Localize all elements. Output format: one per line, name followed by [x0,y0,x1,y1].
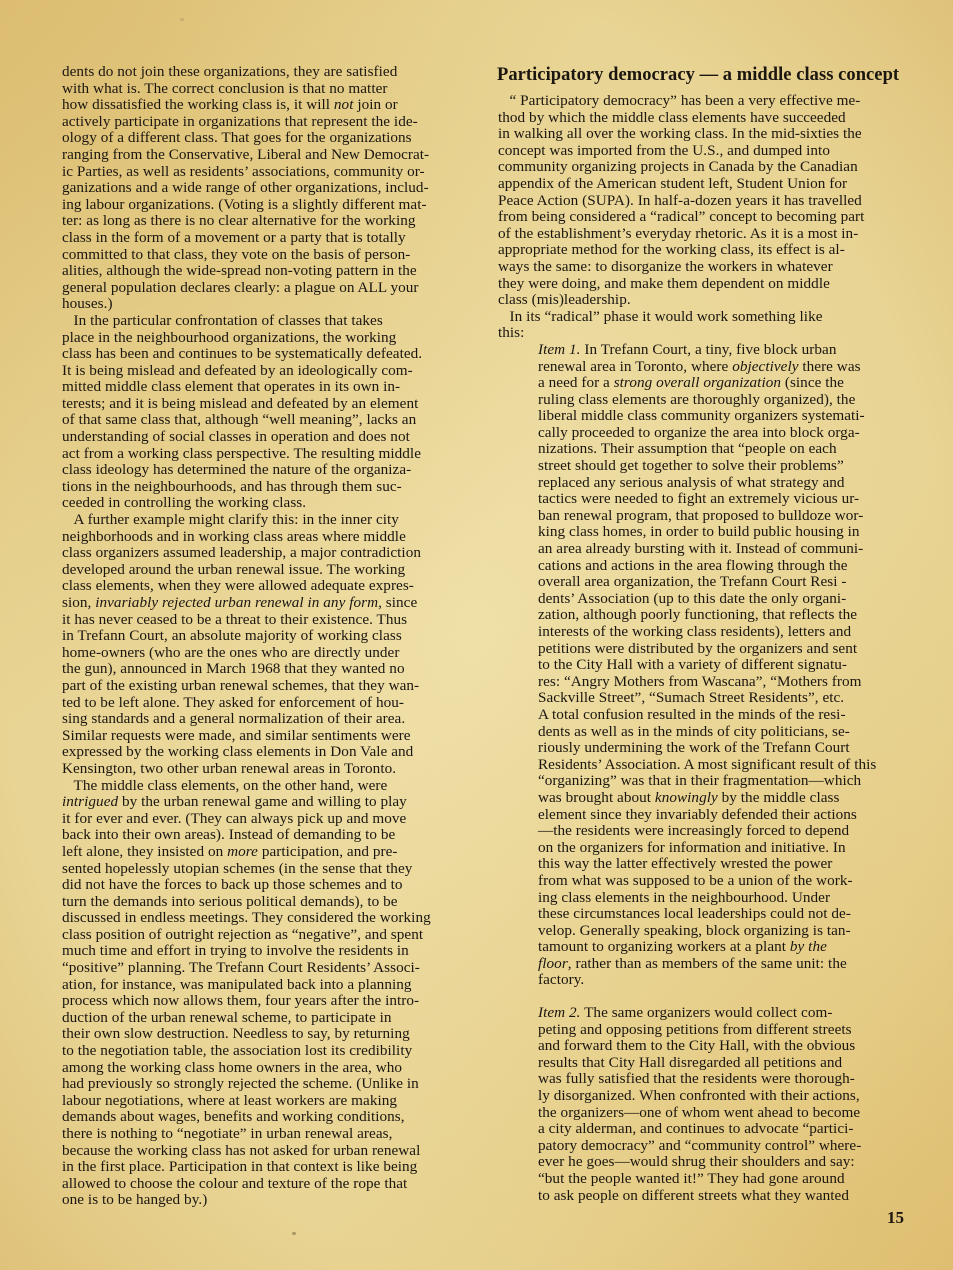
text-line: actively participate in organizations th… [62,114,472,131]
text-line: labour negotiations, where at least work… [62,1093,472,1110]
text-line: In its “radical” phase it would work som… [498,309,928,326]
text-line: dents do not join these organizations, t… [62,64,472,81]
text-line: factory. [538,972,928,989]
text-line: an area already bursting with it. Instea… [538,541,928,558]
text-line: had previously so strongly rejected the … [62,1076,472,1093]
text-line: there is nothing to “negotiate” in urban… [62,1126,472,1143]
text-line: Item 2. The same organizers would collec… [538,1005,928,1022]
paper-speck [180,18,184,21]
text-line: ology of a different class. That goes fo… [62,130,472,147]
text-line: class in the form of a movement or a par… [62,230,472,247]
left-column: dents do not join these organizations, t… [62,64,472,1209]
text-line: Residents’ Association. A most significa… [538,757,928,774]
text-line: ranging from the Conservative, Liberal a… [62,147,472,164]
text-line: it for ever and ever. (They can always p… [62,811,472,828]
text-line: Sackville Street”, “Sumach Street Reside… [538,690,928,707]
text-line: dents’ Association (up to this date the … [538,591,928,608]
text-line: element since they invariably defended t… [538,807,928,824]
text-line: ing class elements in the neighbourhood.… [538,890,928,907]
text-line: king class homes, in order to build publ… [538,524,928,541]
text-line: riously undermining the work of the Tref… [538,740,928,757]
text-line: ganizations and a wide range of other or… [62,180,472,197]
text-line: ter: as long as there is no clear altern… [62,213,472,230]
text-line: patory democracy” and “community control… [538,1138,928,1155]
text-line: “ Participatory democracy” has been a ve… [498,93,928,110]
text-line: mitted middle class element that operate… [62,379,472,396]
text-line: developed around the urban renewal issue… [62,562,472,579]
text-line: Kensington, two other urban renewal area… [62,761,472,778]
text-line: from what was supposed to be a union of … [538,873,928,890]
text-line: street should get together to solve thei… [538,458,928,475]
text-line: thod by which the middle class elements … [498,110,928,127]
text-line: terests; and it is being mislead and def… [62,396,472,413]
text-line: was brought about knowingly by the middl… [538,790,928,807]
text-line: class position of outright rejection as … [62,927,472,944]
text-line: A total confusion resulted in the minds … [538,707,928,724]
text-line: duction of the urban renewal scheme, to … [62,1010,472,1027]
text-line: to ask people on different streets what … [538,1188,928,1205]
text-line: in Trefann Court, an absolute majority o… [62,628,472,645]
text-line: zation, although poorly functioning, tha… [538,607,928,624]
text-line: how dissatisfied the working class is, i… [62,97,472,114]
right-column: Participatory democracy — a middle class… [498,64,928,1204]
text-line: velop. Generally speaking, block organiz… [538,923,928,940]
text-line: they were doing, and make them dependent… [498,276,928,293]
text-line: on the organizers for information and in… [538,840,928,857]
text-line: ly disorganized. When confronted with th… [538,1088,928,1105]
text-line: Similar requests were made, and similar … [62,728,472,745]
text-line: interests of the working class residents… [538,624,928,641]
text-line: much time and effort in trying to involv… [62,943,472,960]
text-line: place in the neighbourhood organizations… [62,330,472,347]
page-number: 15 [887,1208,904,1228]
text-line: sing standards and a general normalizati… [62,711,472,728]
text-line: tions in the neighbourhoods, and has thr… [62,479,472,496]
text-line: The middle class elements, on the other … [62,778,472,795]
text-line: with what is. The correct conclusion is … [62,81,472,98]
text-line: left alone, they insisted on more partic… [62,844,472,861]
text-line: ban renewal program, that proposed to bu… [538,508,928,525]
text-line: “organizing” was that in their fragmenta… [538,773,928,790]
text-line: demands about wages, benefits and workin… [62,1109,472,1126]
text-line: a city alderman, and continues to advoca… [538,1121,928,1138]
text-line: ruling class elements are thoroughly org… [538,392,928,409]
text-line: ing labour organizations. (Voting is a s… [62,197,472,214]
text-line: It is being mislead and defeated by an i… [62,363,472,380]
text-line: A further example might clarify this: in… [62,512,472,529]
text-line: a need for a strong overall organization… [538,375,928,392]
item-2-paragraph: Item 2. The same organizers would collec… [498,1005,928,1204]
text-line: home-owners (who are the ones who are di… [62,645,472,662]
text-line: neighborhoods and in working class areas… [62,529,472,546]
text-line: replaced any serious analysis of what st… [538,475,928,492]
text-line: concept was imported from the U.S., and … [498,143,928,160]
text-line: one is to be hanged by.) [62,1192,472,1209]
text-line: dents as well as in the minds of city po… [538,724,928,741]
text-line: to the negotiation table, the associatio… [62,1043,472,1060]
text-line: in the first place. Participation in tha… [62,1159,472,1176]
text-line: —the residents were increasingly forced … [538,823,928,840]
text-line: of the establishment’s everyday rhetoric… [498,226,928,243]
text-line: ever he goes—would shrug their shoulders… [538,1154,928,1171]
text-line: the gun), announced in March 1968 that t… [62,661,472,678]
intro-paragraphs: “ Participatory democracy” has been a ve… [498,93,928,342]
text-line: their own slow destruction. Needless to … [62,1026,472,1043]
text-line: “but the people wanted it!” They had gon… [538,1171,928,1188]
text-line: tactics were needed to fight an extremel… [538,491,928,508]
text-line: was fully satisfied that the residents w… [538,1071,928,1088]
text-line: these circumstances local leaderships co… [538,906,928,923]
text-line: appropriate method for the working class… [498,242,928,259]
text-line: in walking all over the working class. I… [498,126,928,143]
paper-speck [292,1232,296,1235]
text-line: sented hopelessly utopian schemes (in th… [62,861,472,878]
text-line: allowed to choose the colour and texture… [62,1176,472,1193]
text-line: peting and opposing petitions from diffe… [538,1022,928,1039]
text-line: discussed in endless meetings. They cons… [62,910,472,927]
text-line: floor, rather than as members of the sam… [538,956,928,973]
text-line: sion, invariably rejected urban renewal … [62,595,472,612]
text-line: petitions were distributed by the organi… [538,641,928,658]
text-line: renewal area in Toronto, where objective… [538,359,928,376]
text-line: this way the latter effectively wrested … [538,856,928,873]
text-line: class ideology has determined the nature… [62,462,472,479]
text-line: cally proceeded to organize the area int… [538,425,928,442]
text-line: process which now allows them, four year… [62,993,472,1010]
text-line: of that same class that, although “well … [62,412,472,429]
text-line: the organizers—one of whom went ahead to… [538,1105,928,1122]
text-line: In the particular confrontation of class… [62,313,472,330]
text-line: class (mis)leadership. [498,292,928,309]
text-line: tamount to organizing workers at a plant… [538,939,928,956]
text-line: results that City Hall disregarded all p… [538,1055,928,1072]
text-line: committed to that class, they vote on th… [62,247,472,264]
text-line: turn the demands into serious political … [62,894,472,911]
text-line: because the working class has not asked … [62,1143,472,1160]
text-line: understanding of social classes in opera… [62,429,472,446]
text-line: Item 1. In Trefann Court, a tiny, five b… [538,342,928,359]
text-line: alities, although the wide-spread non-vo… [62,263,472,280]
text-line: back into their own areas). Instead of d… [62,827,472,844]
item-1-paragraph: Item 1. In Trefann Court, a tiny, five b… [498,342,928,989]
text-line: ation, for instance, was manipulated bac… [62,977,472,994]
text-line: general population declares clearly: a p… [62,280,472,297]
text-line: expressed by the working class elements … [62,744,472,761]
text-line: community organizing projects in Canada … [498,159,928,176]
text-line: from being considered a “radical” concep… [498,209,928,226]
text-line: among the working class home owners in t… [62,1060,472,1077]
text-line: cations and actions in the area flowing … [538,558,928,575]
magazine-page: dents do not join these organizations, t… [0,0,953,1270]
text-line: houses.) [62,296,472,313]
text-line: intrigued by the urban renewal game and … [62,794,472,811]
text-line: it has never ceased to be a threat to th… [62,612,472,629]
text-line: ted to be left alone. They asked for enf… [62,695,472,712]
text-line: did not have the forces to back up those… [62,877,472,894]
paragraph-gap [498,989,928,1005]
section-heading: Participatory democracy — a middle class… [497,64,928,86]
text-line: ways the same: to disorganize the worker… [498,259,928,276]
text-line: class elements, when they were allowed a… [62,578,472,595]
text-line: liberal middle class community organizer… [538,408,928,425]
text-line: to the City Hall with a variety of diffe… [538,657,928,674]
text-line: Peace Action (SUPA). In half-a-dozen yea… [498,193,928,210]
text-line: part of the existing urban renewal schem… [62,678,472,695]
text-line: class organizers assumed leadership, a m… [62,545,472,562]
text-line: overall area organization, the Trefann C… [538,574,928,591]
text-line: res: “Angry Mothers from Wascana”, “Moth… [538,674,928,691]
text-line: appendix of the American student left, S… [498,176,928,193]
text-line: this: [498,325,928,342]
text-line: act from a working class perspective. Th… [62,446,472,463]
text-line: ceeded in controlling the working class. [62,495,472,512]
text-line: class has been and continues to be syste… [62,346,472,363]
text-line: and forward them to the City Hall, with … [538,1038,928,1055]
text-line: nizations. Their assumption that “people… [538,441,928,458]
text-line: ic Parties, as well as residents’ associ… [62,164,472,181]
text-line: “positive” planning. The Trefann Court R… [62,960,472,977]
